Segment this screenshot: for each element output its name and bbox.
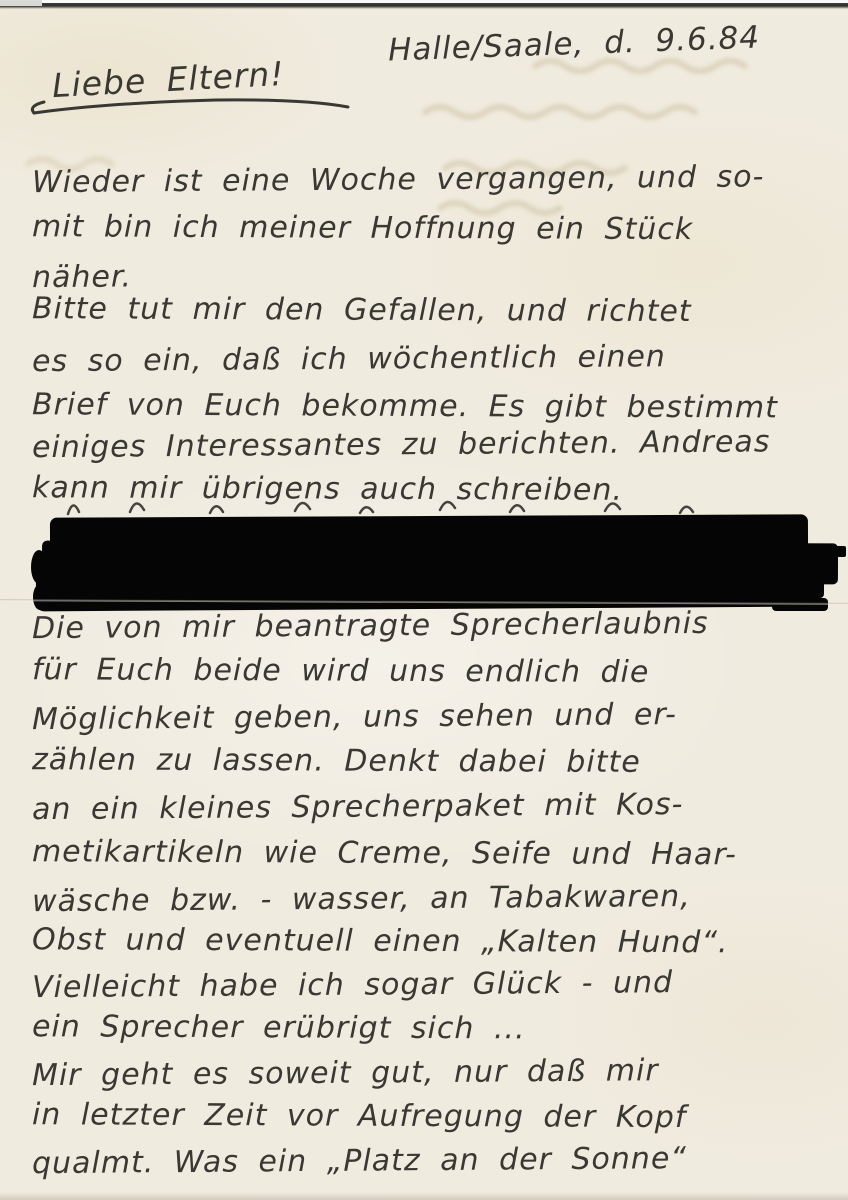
- letter-line: metikartikeln wie Creme, Seife und Haar-: [32, 834, 842, 873]
- letter-line: näher.: [32, 254, 842, 295]
- letter-scan-page: { "letter": { "dateline": "Halle/Saale, …: [0, 0, 848, 1200]
- letter-line: Bitte tut mir den Gefallen, und richtet: [32, 291, 842, 330]
- redaction-edge-bump: [33, 584, 47, 610]
- letter-line: Möglichkeit geben, uns sehen und er-: [32, 696, 842, 737]
- letter-line: an ein kleines Sprecherpaket mit Kos-: [32, 786, 842, 827]
- letter-line: Vielleicht habe ich sogar Glück - und: [32, 964, 842, 1005]
- scan-top-edge: [0, 0, 848, 9]
- redaction-edge-nub: [784, 578, 824, 598]
- salutation-underline-flourish: [16, 80, 356, 126]
- letter-line: Mir geht es soweit gut, nur daß mir: [32, 1052, 842, 1093]
- scan-bottom-shadow: [0, 1192, 848, 1200]
- letter-line: Brief von Euch bekomme. Es gibt bestimmt: [32, 387, 842, 426]
- letter-line: Die von mir beantragte Sprecherlaubnis: [32, 605, 842, 646]
- letter-line: einiges Interessantes zu berichten. Andr…: [32, 424, 842, 465]
- letter-line: ein Sprecher erübrigt sich ...: [32, 1009, 842, 1048]
- redaction-edge-bump: [31, 550, 47, 584]
- letter-line: zählen zu lassen. Denkt dabei bitte: [32, 742, 842, 781]
- redaction-stroke-tail: [812, 546, 846, 557]
- letter-line: für Euch beide wird uns endlich die: [32, 652, 842, 691]
- scan-top-corner: [0, 0, 42, 6]
- letter-line: wäsche bzw. - wasser, an Tabakwaren,: [32, 878, 842, 919]
- letter-line: Obst und eventuell einen „Kalten Hund“.: [32, 922, 842, 961]
- letter-line: Wieder ist eine Woche vergangen, und so-: [32, 159, 842, 200]
- letter-line: in letzter Zeit vor Aufregung der Kopf: [32, 1097, 842, 1136]
- letter-line: qualmt. Was ein „Platz an der Sonne“: [32, 1140, 842, 1181]
- letter-line: mit bin ich meiner Hoffnung ein Stück: [32, 209, 842, 248]
- letter-line: es so ein, daß ich wöchentlich einen: [32, 338, 842, 379]
